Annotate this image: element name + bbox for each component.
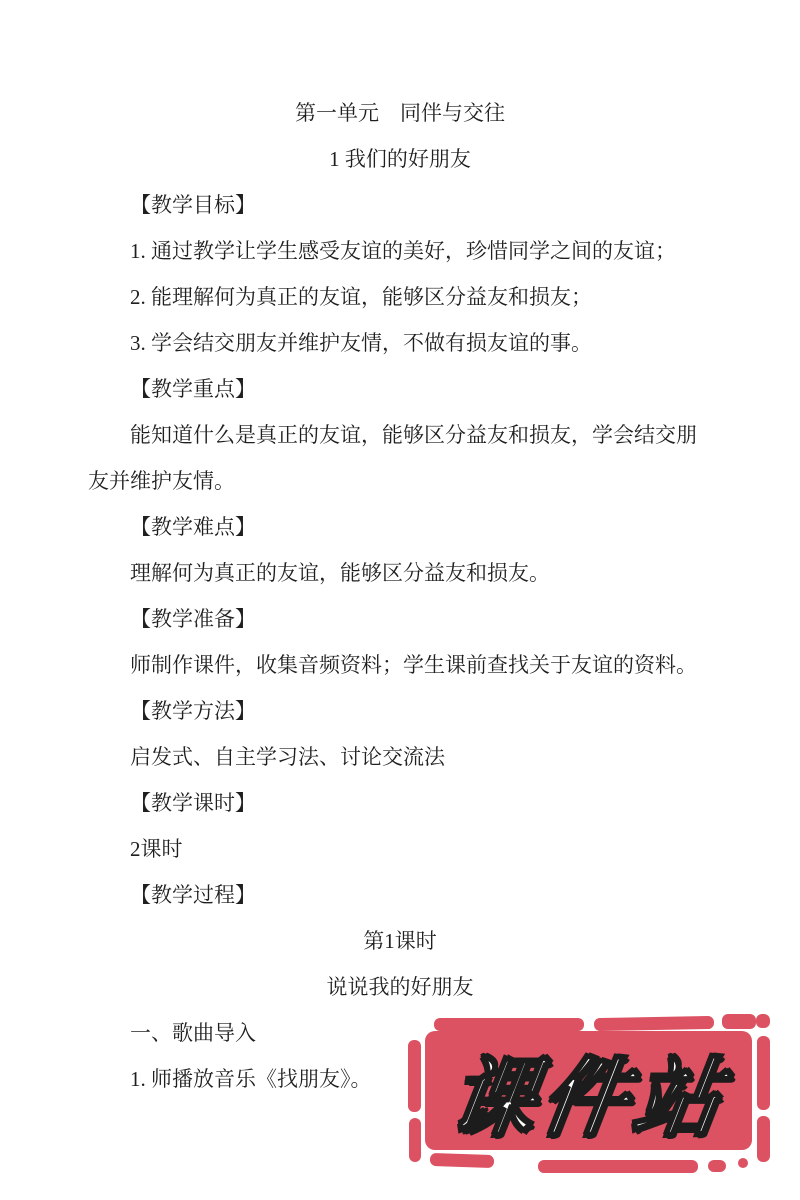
watermark-text: 课件站	[442, 1029, 735, 1153]
difficulties-text: 理解何为真正的友谊，能够区分益友和损友。	[88, 550, 712, 596]
stamp-border-stroke	[409, 1118, 421, 1162]
objective-item-1: 1. 通过教学让学生感受友谊的美好，珍惜同学之间的友谊；	[88, 228, 712, 274]
period-title: 第1课时	[88, 918, 712, 964]
unit-title: 第一单元 同伴与交往	[88, 90, 712, 136]
stamp-border-stroke	[757, 1116, 770, 1162]
preparation-text: 师制作课件，收集音频资料；学生课前查找关于友谊的资料。	[88, 642, 712, 688]
section-heading-process: 【教学过程】	[88, 872, 712, 918]
key-points-text: 能知道什么是真正的友谊，能够区分益友和损友，学会结交朋友并维护友情。	[88, 412, 712, 504]
stamp-border-stroke	[538, 1160, 698, 1173]
stamp-border-stroke	[738, 1158, 748, 1168]
stamp-border-stroke	[408, 1040, 421, 1112]
stamp-border-stroke	[430, 1153, 494, 1168]
document-page: 第一单元 同伴与交往 1 我们的好朋友 【教学目标】 1. 通过教学让学生感受友…	[0, 0, 800, 1200]
stamp-background: 课件站	[425, 1031, 752, 1150]
section-heading-preparation: 【教学准备】	[88, 596, 712, 642]
stamp-border-stroke	[757, 1036, 770, 1110]
objective-item-2: 2. 能理解何为真正的友谊，能够区分益友和损友；	[88, 274, 712, 320]
section-heading-difficulties: 【教学难点】	[88, 504, 712, 550]
class-hours-text: 2课时	[88, 826, 712, 872]
stamp-border-stroke	[756, 1014, 770, 1028]
section-heading-key-points: 【教学重点】	[88, 366, 712, 412]
section-heading-class-hours: 【教学课时】	[88, 780, 712, 826]
topic-title: 说说我的好朋友	[88, 964, 712, 1010]
watermark-stamp: 课件站	[408, 1014, 770, 1172]
methods-text: 启发式、自主学习法、讨论交流法	[88, 734, 712, 780]
section-heading-objectives: 【教学目标】	[88, 182, 712, 228]
lesson-title: 1 我们的好朋友	[88, 136, 712, 182]
document-body: 第一单元 同伴与交往 1 我们的好朋友 【教学目标】 1. 通过教学让学生感受友…	[0, 0, 800, 1102]
section-heading-methods: 【教学方法】	[88, 688, 712, 734]
objective-item-3: 3. 学会结交朋友并维护友情，不做有损友谊的事。	[88, 320, 712, 366]
stamp-border-stroke	[708, 1160, 726, 1172]
stamp-border-stroke	[722, 1014, 756, 1029]
